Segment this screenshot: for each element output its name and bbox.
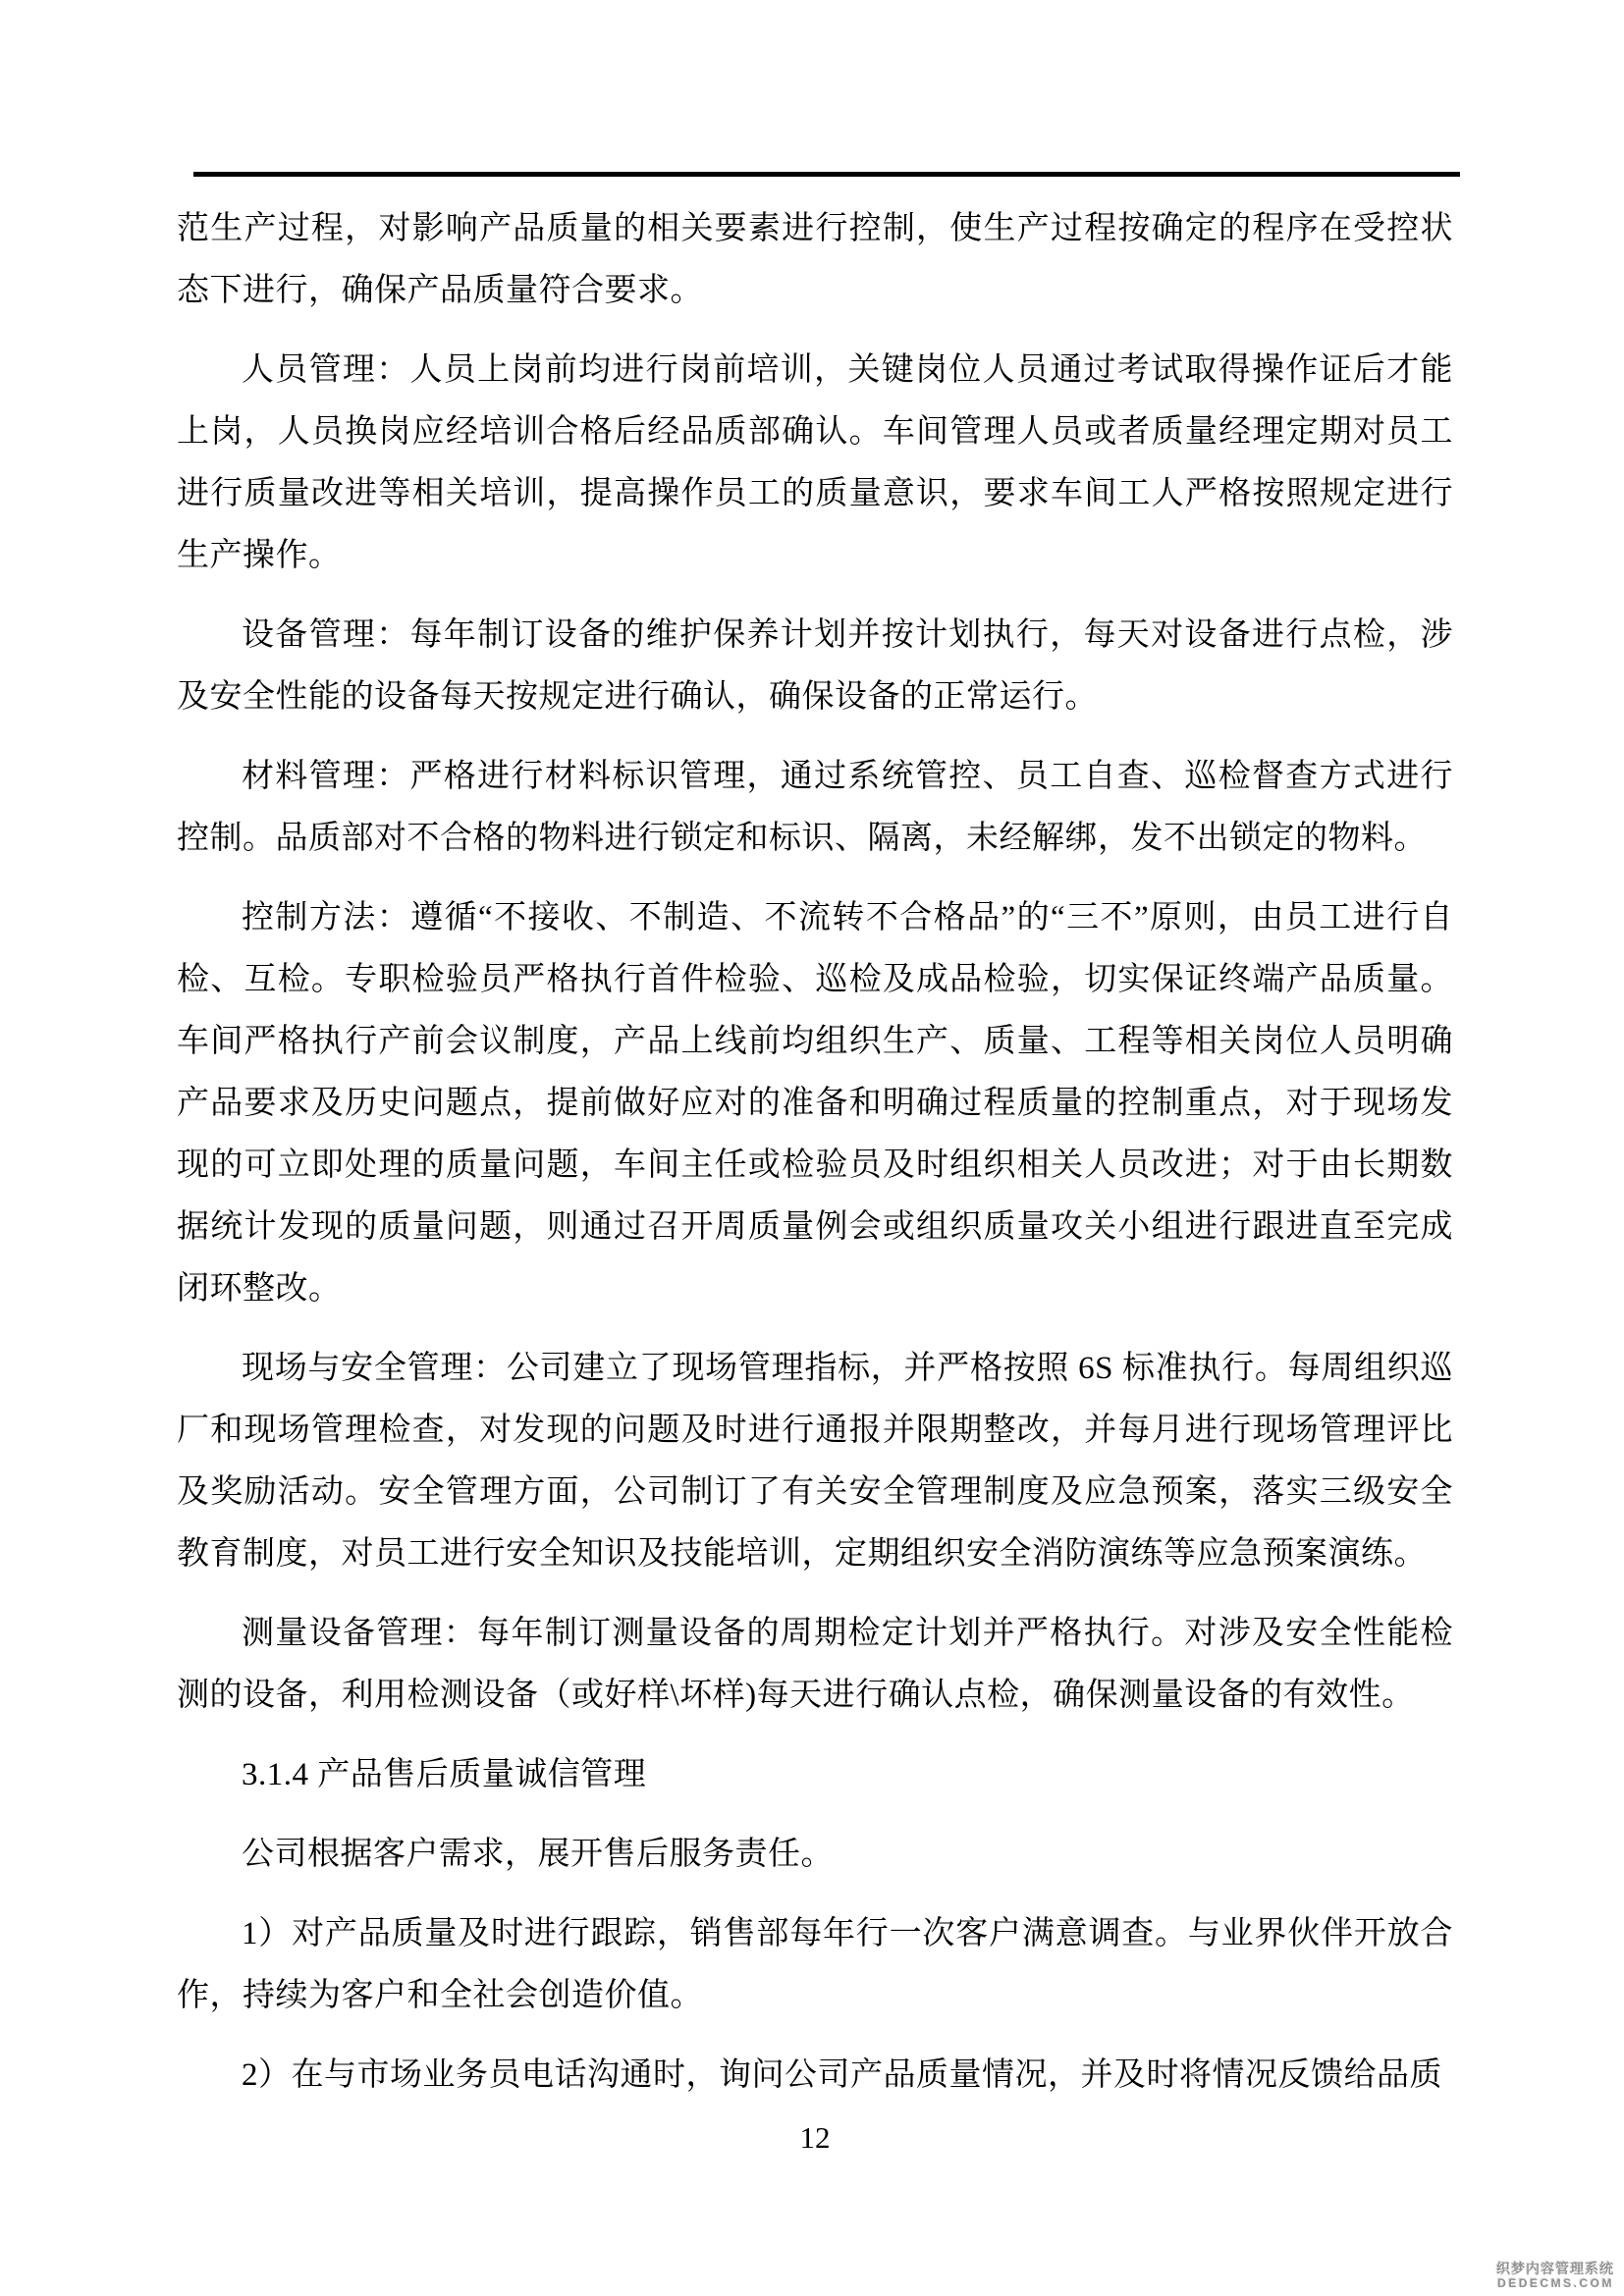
- watermark-domain: DEDECMS.COM: [1496, 2276, 1614, 2290]
- document-body: 范生产过程，对影响产品质量的相关要素进行控制，使生产过程按确定的程序在受控状态下…: [177, 198, 1453, 2124]
- header-rule: [193, 172, 1460, 177]
- paragraph: 1）对产品质量及时进行跟踪，销售部每年行一次客户满意调查。与业界伙伴开放合作，持…: [177, 1903, 1453, 2027]
- page-number: 12: [0, 2118, 1624, 2158]
- watermark-cms-name: 织梦内容管理系统: [1496, 2261, 1614, 2276]
- paragraph: 设备管理：每年制订设备的维护保养计划并按计划执行，每天对设备进行点检，涉及安全性…: [177, 605, 1453, 728]
- paragraph: 范生产过程，对影响产品质量的相关要素进行控制，使生产过程按确定的程序在受控状态下…: [177, 198, 1453, 322]
- watermark: 织梦内容管理系统 DEDECMS.COM: [1496, 2261, 1614, 2290]
- paragraph: 现场与安全管理：公司建立了现场管理指标，并严格按照 6S 标准执行。每周组织巡厂…: [177, 1338, 1453, 1585]
- paragraph: 材料管理：严格进行材料标识管理，通过系统管控、员工自查、巡检督查方式进行控制。品…: [177, 746, 1453, 870]
- paragraph: 2）在与市场业务员电话沟通时，询问公司产品质量情况，并及时将情况反馈给品质: [177, 2045, 1453, 2107]
- paragraph: 人员管理：人员上岗前均进行岗前培训，关键岗位人员通过考试取得操作证后才能上岗，人…: [177, 340, 1453, 587]
- document-page: 范生产过程，对影响产品质量的相关要素进行控制，使生产过程按确定的程序在受控状态下…: [0, 0, 1624, 2296]
- paragraph: 控制方法：遵循“不接收、不制造、不流转不合格品”的“三不”原则，由员工进行自检、…: [177, 887, 1453, 1320]
- paragraph: 公司根据客户需求，展开售后服务责任。: [177, 1824, 1453, 1886]
- paragraph: 测量设备管理：每年制订测量设备的周期检定计划并严格执行。对涉及安全性能检测的设备…: [177, 1603, 1453, 1727]
- paragraph: 3.1.4 产品售后质量诚信管理: [177, 1744, 1453, 1806]
